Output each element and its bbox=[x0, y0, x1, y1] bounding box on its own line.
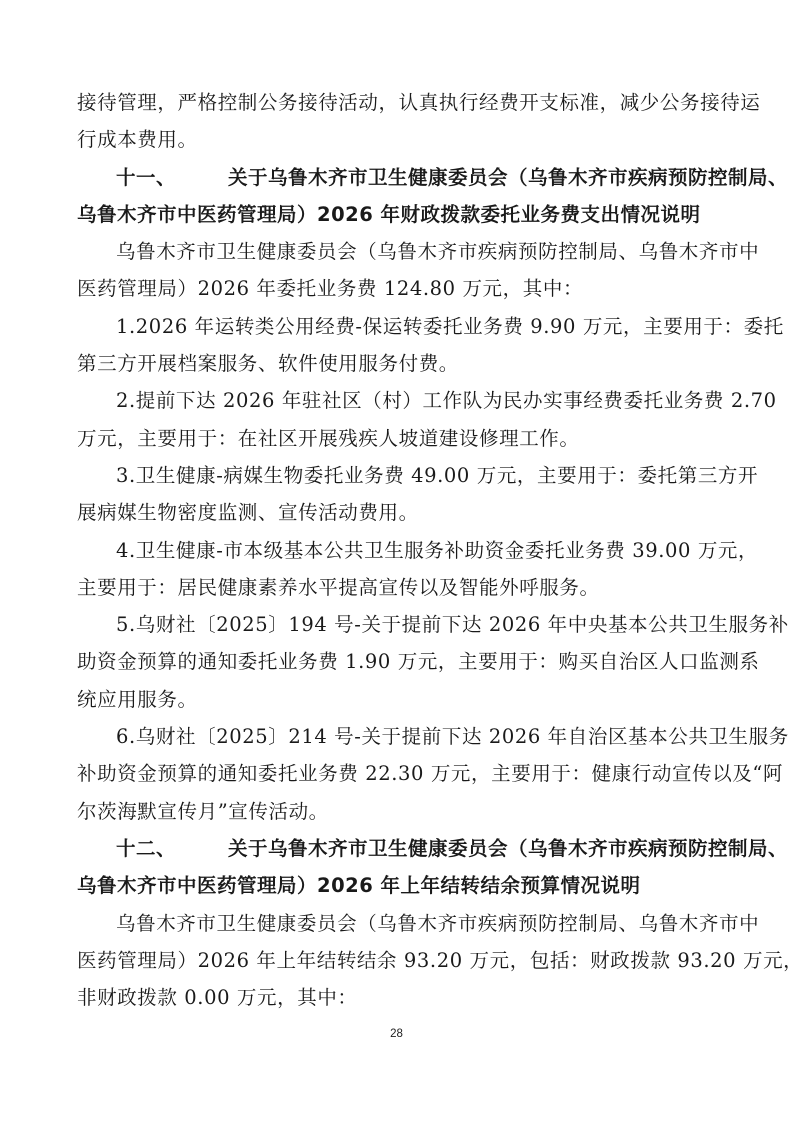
text-line: 非财政拨款 0.00 万元，其中： bbox=[77, 979, 719, 1016]
text-line: 助资金预算的通知委托业务费 1.90 万元，主要用于：购买自治区人口监测系 bbox=[77, 643, 719, 680]
text-line: 6.乌财社〔2025〕214 号-关于提前下达 2026 年自治区基本公共卫生服… bbox=[77, 718, 719, 755]
section-number: 十一、 bbox=[116, 159, 228, 196]
text-line: 展病媒生物密度监测、宣传活动费用。 bbox=[77, 494, 719, 531]
text-line: 行成本费用。 bbox=[77, 121, 719, 158]
heading-text: 关于乌鲁木齐市卫生健康委员会（乌鲁木齐市疾病预防控制局、 bbox=[228, 166, 788, 189]
section-12-intro: 乌鲁木齐市卫生健康委员会（乌鲁木齐市疾病预防控制局、乌鲁木齐市中 医药管理局）2… bbox=[77, 905, 719, 1017]
text-line: 尔茨海默宣传月”宣传活动。 bbox=[77, 793, 719, 830]
text-line: 医药管理局）2026 年上年结转结余 93.20 万元，包括：财政拨款 93.2… bbox=[77, 942, 719, 979]
text-line: 万元，主要用于：在社区开展残疾人坡道建设修理工作。 bbox=[77, 420, 719, 457]
text-line: 统应用服务。 bbox=[77, 681, 719, 718]
text-line: 5.乌财社〔2025〕194 号-关于提前下达 2026 年中央基本公共卫生服务… bbox=[77, 606, 719, 643]
heading-line: 十一、关于乌鲁木齐市卫生健康委员会（乌鲁木齐市疾病预防控制局、 bbox=[77, 159, 719, 196]
text-line: 2.提前下达 2026 年驻社区（村）工作队为民办实事经费委托业务费 2.70 bbox=[77, 382, 719, 419]
list-item-5: 5.乌财社〔2025〕194 号-关于提前下达 2026 年中央基本公共卫生服务… bbox=[77, 606, 719, 718]
text-line: 补助资金预算的通知委托业务费 22.30 万元，主要用于：健康行动宣传以及“阿 bbox=[77, 755, 719, 792]
heading-text: 关于乌鲁木齐市卫生健康委员会（乌鲁木齐市疾病预防控制局、 bbox=[228, 837, 788, 860]
text-line: 4.卫生健康-市本级基本公共卫生服务补助资金委托业务费 39.00 万元， bbox=[77, 532, 719, 569]
list-item-3: 3.卫生健康-病媒生物委托业务费 49.00 万元，主要用于：委托第三方开 展病… bbox=[77, 457, 719, 532]
list-item-2: 2.提前下达 2026 年驻社区（村）工作队为民办实事经费委托业务费 2.70 … bbox=[77, 382, 719, 457]
section-number: 十二、 bbox=[116, 830, 228, 867]
page-number: 28 bbox=[0, 1028, 793, 1040]
heading-line: 乌鲁木齐市中医药管理局）2026 年上年结转结余预算情况说明 bbox=[77, 867, 719, 904]
text-line: 接待管理，严格控制公务接待活动，认真执行经费开支标准，减少公务接待运 bbox=[77, 84, 719, 121]
section-11-heading: 十一、关于乌鲁木齐市卫生健康委员会（乌鲁木齐市疾病预防控制局、 乌鲁木齐市中医药… bbox=[77, 159, 719, 234]
text-line: 第三方开展档案服务、软件使用服务付费。 bbox=[77, 345, 719, 382]
list-item-6: 6.乌财社〔2025〕214 号-关于提前下达 2026 年自治区基本公共卫生服… bbox=[77, 718, 719, 830]
text-line: 3.卫生健康-病媒生物委托业务费 49.00 万元，主要用于：委托第三方开 bbox=[77, 457, 719, 494]
list-item-4: 4.卫生健康-市本级基本公共卫生服务补助资金委托业务费 39.00 万元， 主要… bbox=[77, 532, 719, 607]
document-page: 接待管理，严格控制公务接待活动，认真执行经费开支标准，减少公务接待运 行成本费用… bbox=[77, 84, 719, 1016]
continuation-paragraph: 接待管理，严格控制公务接待活动，认真执行经费开支标准，减少公务接待运 行成本费用… bbox=[77, 84, 719, 159]
text-line: 乌鲁木齐市卫生健康委员会（乌鲁木齐市疾病预防控制局、乌鲁木齐市中 bbox=[77, 233, 719, 270]
text-line: 主要用于：居民健康素养水平提高宣传以及智能外呼服务。 bbox=[77, 569, 719, 606]
heading-line: 十二、关于乌鲁木齐市卫生健康委员会（乌鲁木齐市疾病预防控制局、 bbox=[77, 830, 719, 867]
text-line: 1.2026 年运转类公用经费-保运转委托业务费 9.90 万元，主要用于：委托 bbox=[77, 308, 719, 345]
section-11-intro: 乌鲁木齐市卫生健康委员会（乌鲁木齐市疾病预防控制局、乌鲁木齐市中 医药管理局）2… bbox=[77, 233, 719, 308]
text-line: 乌鲁木齐市卫生健康委员会（乌鲁木齐市疾病预防控制局、乌鲁木齐市中 bbox=[77, 905, 719, 942]
section-12-heading: 十二、关于乌鲁木齐市卫生健康委员会（乌鲁木齐市疾病预防控制局、 乌鲁木齐市中医药… bbox=[77, 830, 719, 905]
heading-line: 乌鲁木齐市中医药管理局）2026 年财政拨款委托业务费支出情况说明 bbox=[77, 196, 719, 233]
list-item-1: 1.2026 年运转类公用经费-保运转委托业务费 9.90 万元，主要用于：委托… bbox=[77, 308, 719, 383]
text-line: 医药管理局）2026 年委托业务费 124.80 万元，其中： bbox=[77, 270, 719, 307]
